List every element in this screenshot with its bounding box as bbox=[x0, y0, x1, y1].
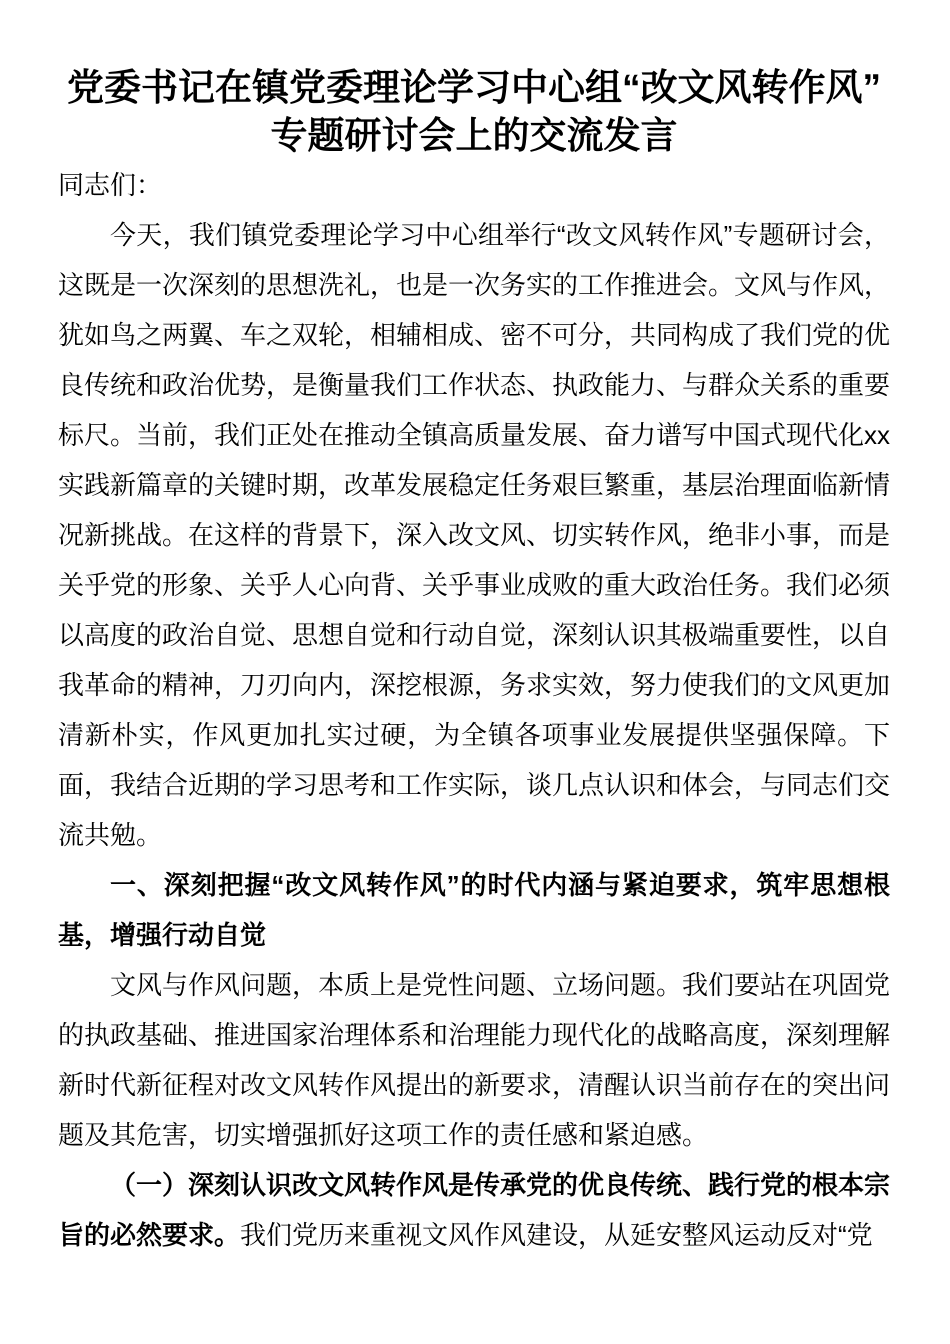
opening-paragraph: 今天，我们镇党委理论学习中心组举行“改文风转作风”专题研讨会，这既是一次深刻的思… bbox=[58, 210, 890, 860]
document-page: 党委书记在镇党委理论学习中心组“改文风转作风” 专题研讨会上的交流发言 同志们：… bbox=[0, 0, 950, 1344]
subsection-1-paragraph: （一）深刻认识改文风转作风是传承党的优良传统、践行党的根本宗旨的必然要求。我们党… bbox=[58, 1160, 890, 1260]
salutation: 同志们： bbox=[58, 160, 890, 210]
document-title-line-2: 专题研讨会上的交流发言 bbox=[58, 112, 890, 160]
document-content: 党委书记在镇党委理论学习中心组“改文风转作风” 专题研讨会上的交流发言 同志们：… bbox=[0, 64, 950, 1260]
document-title-line-1: 党委书记在镇党委理论学习中心组“改文风转作风” bbox=[58, 64, 890, 112]
document-body: 同志们： 今天，我们镇党委理论学习中心组举行“改文风转作风”专题研讨会，这既是一… bbox=[58, 160, 890, 1260]
section-1-body-paragraph: 文风与作风问题，本质上是党性问题、立场问题。我们要站在巩固党的执政基础、推进国家… bbox=[58, 960, 890, 1160]
subsection-1-continuation: 我们党历来重视文风作风建设，从延安整风运动反对“党 bbox=[240, 1220, 873, 1250]
document-title: 党委书记在镇党委理论学习中心组“改文风转作风” 专题研讨会上的交流发言 bbox=[58, 64, 890, 160]
section-1-heading: 一、深刻把握“改文风转作风”的时代内涵与紧迫要求，筑牢思想根基，增强行动自觉 bbox=[58, 860, 890, 960]
